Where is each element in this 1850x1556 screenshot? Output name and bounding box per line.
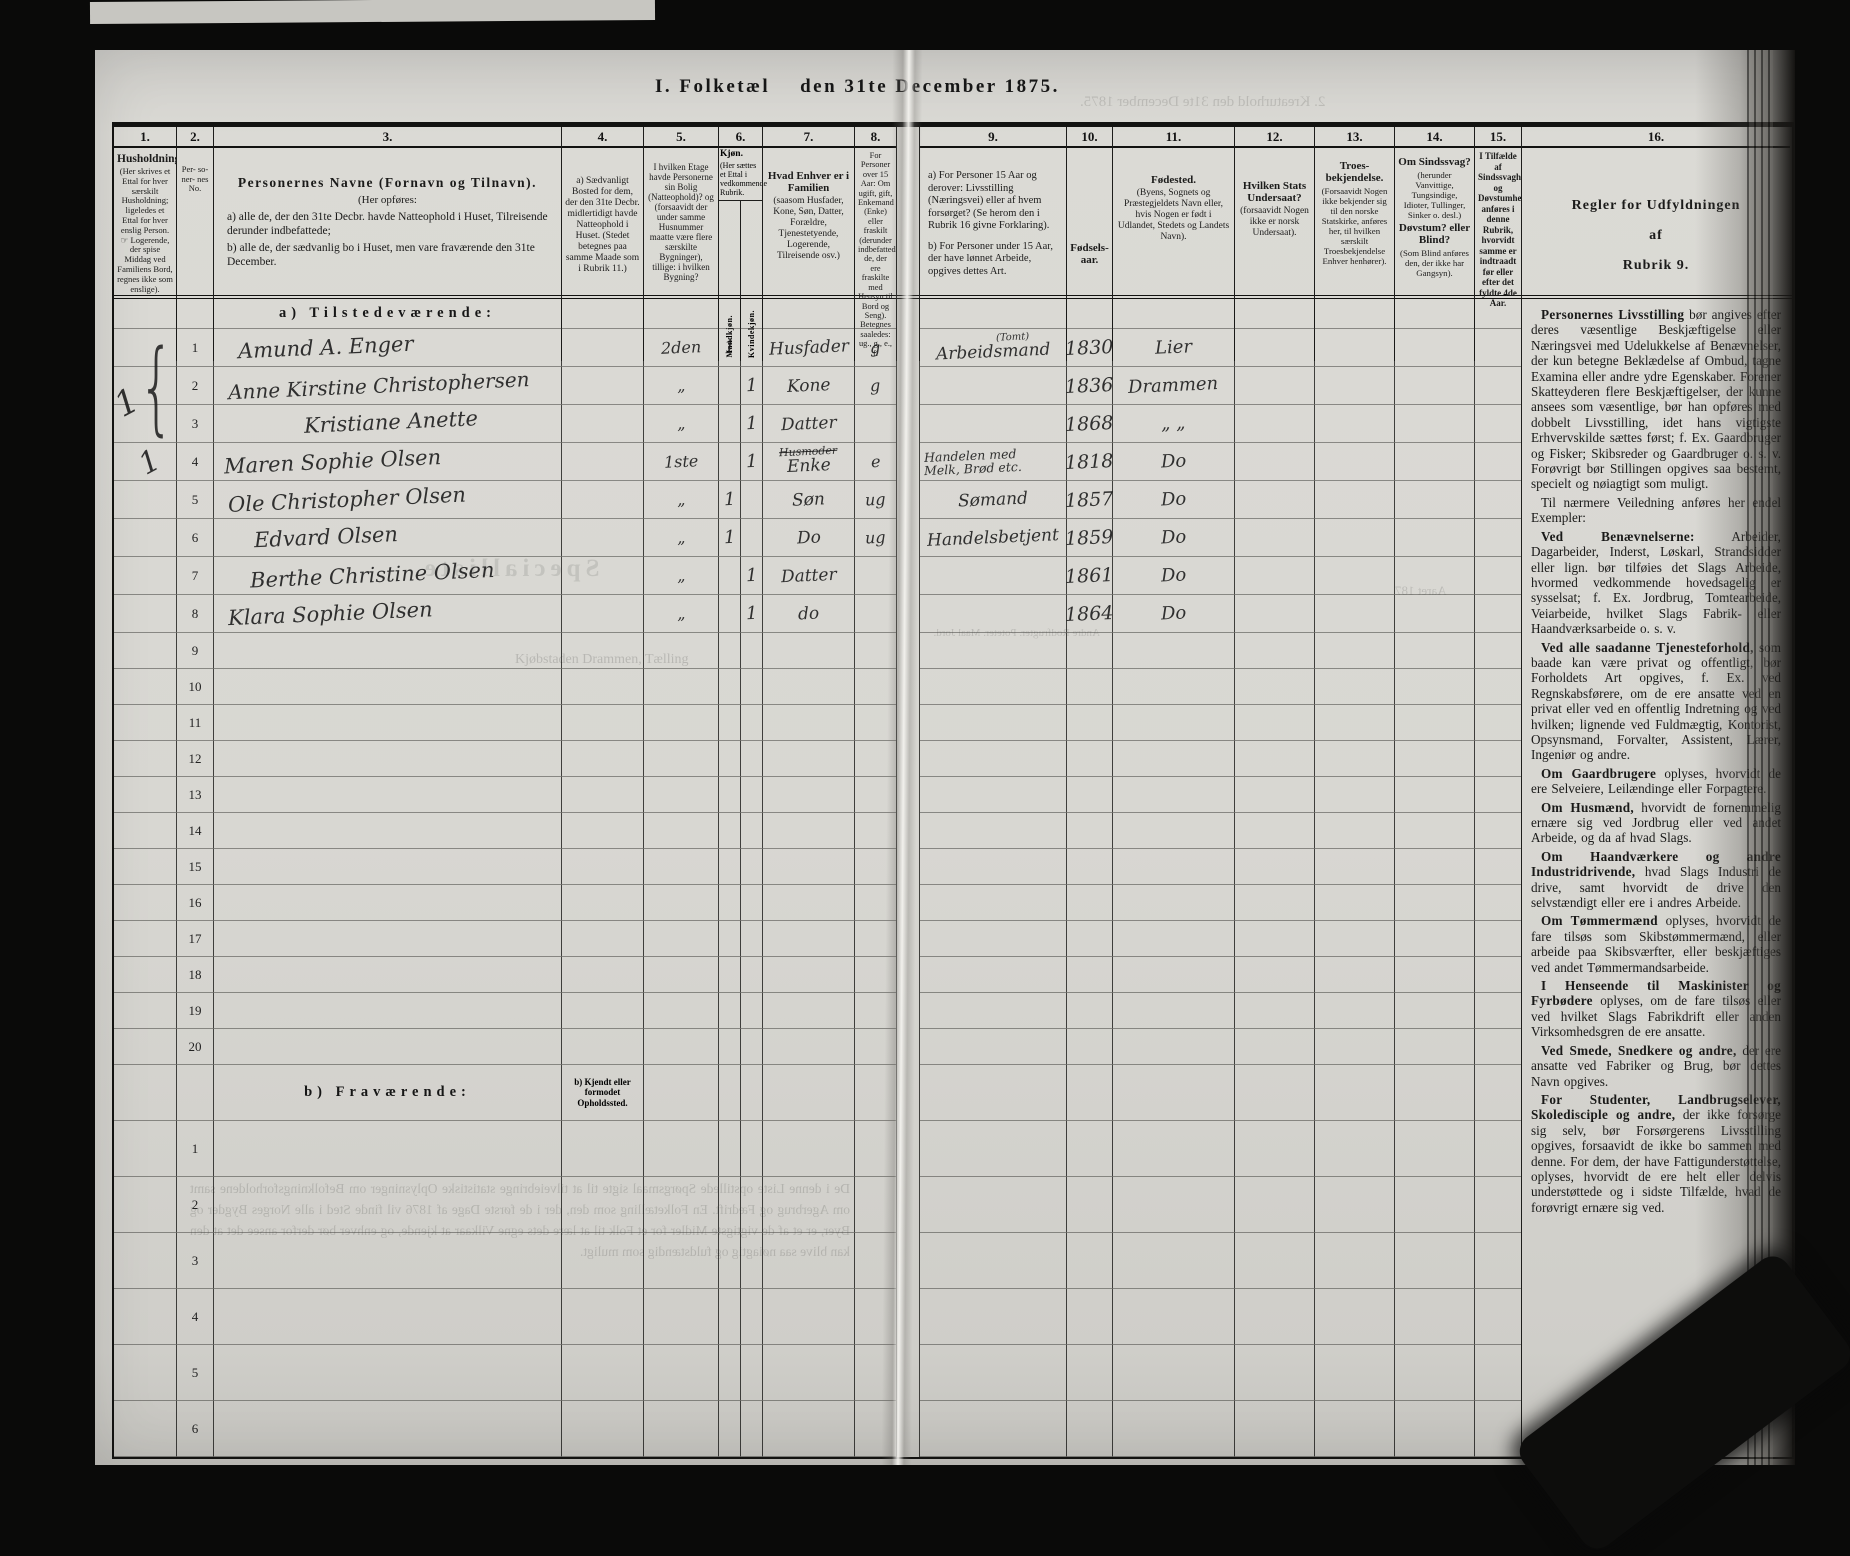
marital-status: g	[870, 338, 881, 357]
birthplace: Lier	[1155, 336, 1193, 359]
family-role: Husfader	[768, 336, 849, 359]
floor-entry: „	[676, 566, 685, 585]
male-mark: 1	[723, 337, 735, 358]
person-name: Ole Christopher Olsen	[214, 482, 467, 517]
table-row: 2 Anne Kirstine Christophersen „ 1 Kone …	[114, 367, 1521, 405]
empty-row: 15	[114, 849, 1521, 885]
table-row: 8 Klara Sophie Olsen „ 1 do 1864 Do	[114, 595, 1521, 633]
person-name: Kristiane Anette	[214, 406, 479, 441]
empty-row-b: 6	[114, 1401, 1521, 1457]
family-role: Do	[796, 527, 821, 548]
birthplace: Drammen	[1128, 373, 1219, 398]
empty-row: 12	[114, 741, 1521, 777]
table-body: 1 { 1 a) Tilstedeværende: 1 Amund A. Eng…	[114, 299, 1792, 1457]
birth-year: 1859	[1065, 525, 1114, 549]
empty-row-b: 3	[114, 1233, 1521, 1289]
male-mark: 1	[723, 489, 735, 510]
female-mark: 1	[745, 413, 757, 434]
adjacent-page-edge	[90, 0, 655, 24]
person-name: Edvard Olsen	[214, 521, 399, 553]
female-mark: 1	[745, 565, 757, 586]
empty-row: 13	[114, 777, 1521, 813]
table-row: 4 Maren Sophie Olsen 1ste 1 Husmoder Enk…	[114, 443, 1521, 481]
birth-year: 1868	[1065, 411, 1114, 435]
birthplace: Do	[1160, 488, 1186, 510]
family-role: Datter	[780, 564, 836, 586]
household-1-brace: {	[139, 333, 175, 443]
floor-entry: 1ste	[663, 451, 698, 471]
birth-year: 1857	[1065, 487, 1114, 511]
occupation-line2: Melk, Brød etc.	[924, 459, 1022, 476]
person-name: Maren Sophie Olsen	[214, 445, 442, 479]
census-table: 1. Husholdninger. (Her skrives et Ettal …	[112, 122, 1794, 1459]
empty-row: 11	[114, 705, 1521, 741]
floor-entry: „	[676, 414, 685, 433]
female-mark: 1	[745, 375, 757, 396]
page-title-left: I. Folketæl	[655, 76, 770, 97]
birth-year: 1864	[1065, 601, 1114, 625]
section-b-label: b) Fraværende:	[213, 1065, 561, 1121]
empty-row: 10	[114, 669, 1521, 705]
floor-entry: „	[676, 490, 685, 509]
birth-year: 1836	[1065, 373, 1114, 397]
person-name: Amund A. Enger	[214, 331, 414, 364]
empty-row: 14	[114, 813, 1521, 849]
empty-row-b: 1	[114, 1121, 1521, 1177]
occupation: Arbeidsmand	[935, 339, 1050, 364]
census-form-page: I. Folketælden 31te December 1875. 2. Kr…	[95, 50, 1795, 1465]
birth-year: 1818	[1065, 449, 1114, 473]
family-role: Kone	[786, 375, 830, 397]
table-row: 7 Berthe Christine Olsen „ 1 Datter 1861…	[114, 557, 1521, 595]
empty-row: 20	[114, 1029, 1521, 1065]
family-role: Datter	[780, 412, 836, 434]
empty-row: 19	[114, 993, 1521, 1029]
floor-entry: „	[676, 528, 685, 547]
table-row: 6 Edvard Olsen „ 1 Do ug Handelsbetjent …	[114, 519, 1521, 557]
section-b-col4-note: b) Kjendt eller formodet Opholdssted.	[561, 1065, 643, 1121]
table-row: 3 Kristiane Anette „ 1 Datter 1868 „ „	[114, 405, 1521, 443]
empty-row: 16	[114, 885, 1521, 921]
person-name: Anne Kirstine Christophersen	[214, 367, 530, 405]
occupation: Handelsbetjent	[927, 525, 1060, 551]
section-a-label-row: a) Tilstedeværende:	[114, 299, 1521, 329]
section-b-label-row: b) Fraværende: b) Kjendt eller formodet …	[114, 1065, 1521, 1121]
empty-row-b: 4	[114, 1289, 1521, 1345]
table-row: 5 Ole Christopher Olsen „ 1 Søn ug Søman…	[114, 481, 1521, 519]
birth-year: 1830	[1065, 335, 1114, 359]
floor-entry: „	[676, 604, 685, 623]
male-mark: 1	[723, 527, 735, 548]
family-role: Enke	[786, 455, 831, 477]
birthplace: Do	[1160, 602, 1186, 624]
birthplace: „ „	[1161, 412, 1186, 434]
floor-entry: 2den	[660, 337, 701, 358]
person-name: Klara Sophie Olsen	[214, 597, 433, 631]
empty-row-b: 2	[114, 1177, 1521, 1233]
table-rows: 1 { 1 a) Tilstedeværende: 1 Amund A. Eng…	[114, 299, 1521, 1457]
floor-entry: „	[676, 376, 685, 395]
page-title-right: den 31te December 1875.	[800, 76, 1060, 97]
marital-status: ug	[865, 490, 886, 510]
empty-row-b: 5	[114, 1345, 1521, 1401]
table-header: 1. Husholdninger. (Her skrives et Ettal …	[114, 127, 1792, 299]
marital-status: ug	[865, 528, 886, 548]
female-mark: 1	[745, 603, 757, 624]
birthplace: Do	[1160, 564, 1186, 586]
birthplace: Do	[1160, 450, 1186, 472]
person-name: Berthe Christine Olsen	[214, 557, 495, 593]
empty-row: 17	[114, 921, 1521, 957]
section-a-label: a) Tilstedeværende:	[213, 299, 561, 329]
empty-row: 9	[114, 633, 1521, 669]
marital-status: e	[870, 452, 880, 471]
page-stack-edge	[1695, 50, 1795, 1465]
page-stack-edge-lines	[1747, 50, 1773, 1465]
birth-year: 1861	[1065, 563, 1114, 587]
marital-status: g	[870, 376, 881, 395]
empty-row: 18	[114, 957, 1521, 993]
family-role: Søn	[792, 489, 826, 510]
occupation: Sømand	[958, 488, 1029, 511]
female-mark: 1	[745, 451, 757, 472]
family-role: do	[798, 603, 820, 624]
birthplace: Do	[1160, 526, 1186, 548]
table-row: 1 Amund A. Enger 2den 1 Husfader g (Tomt…	[114, 329, 1521, 367]
